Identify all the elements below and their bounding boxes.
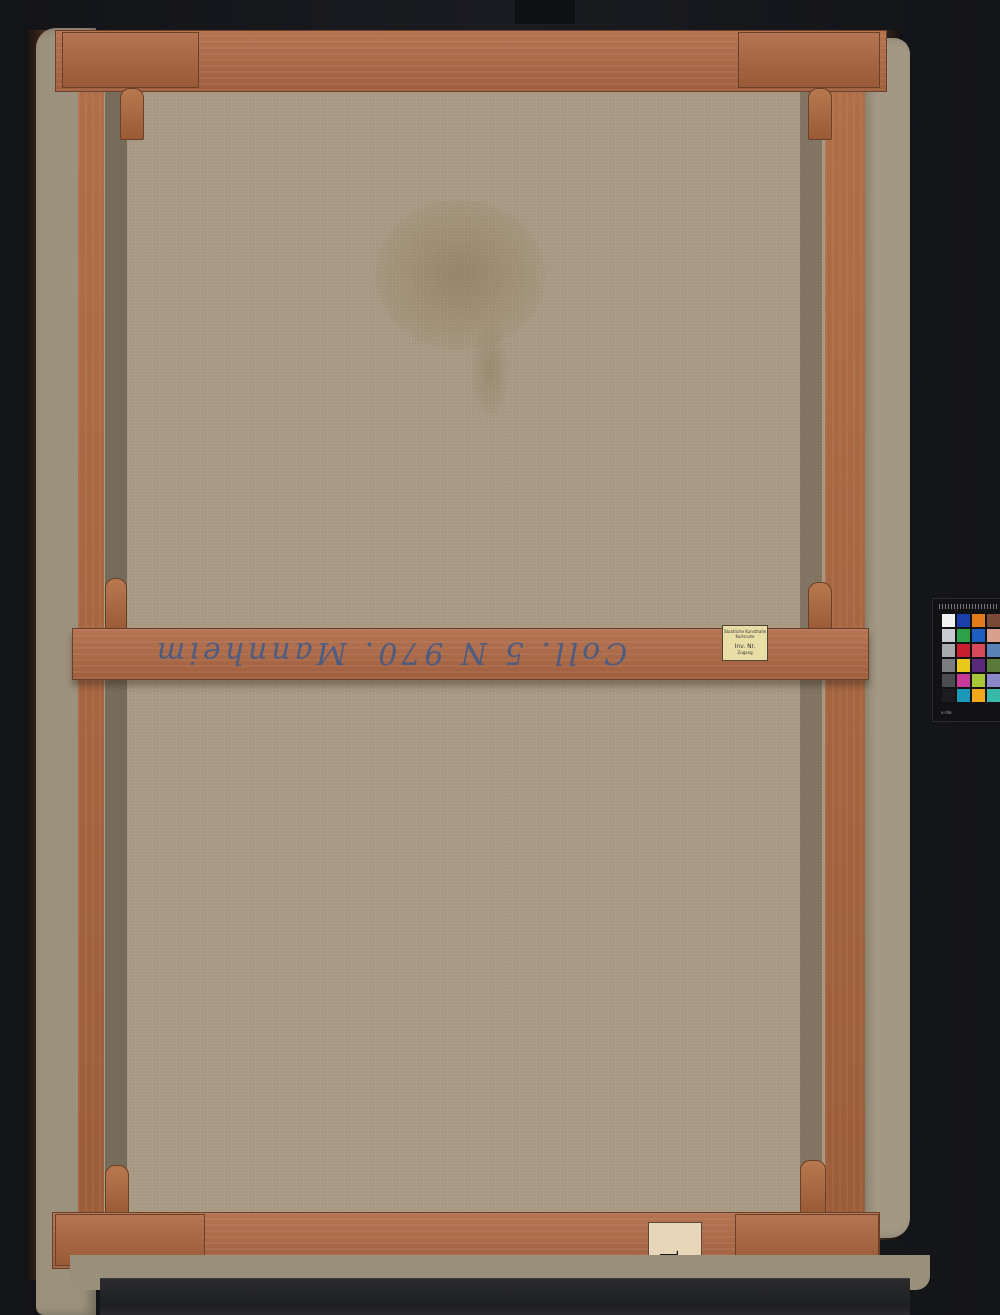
wedge-key [808,88,832,140]
easel-top-clamp [515,0,575,24]
color-swatch [942,644,955,657]
color-swatch [972,674,985,687]
wedge-key [105,1165,129,1215]
handwritten-inscription: Coll. 5 N 970. Mannheim [90,632,690,672]
water-stain-drip [470,320,510,420]
color-swatch [972,659,985,672]
color-swatch [972,644,985,657]
color-swatch-grid [942,614,1000,702]
corner-block-top-right [738,32,880,88]
color-swatch [942,629,955,642]
wedge-key [800,1160,826,1214]
color-swatch [957,659,970,672]
color-swatch [987,674,1000,687]
checker-brand: x-rite [941,710,952,715]
color-swatch [942,659,955,672]
inventory-label: Staatliche Kunsthalle Karlsruhe Inv. Nr.… [722,625,768,661]
corner-block-top-left [62,32,199,88]
checker-ruler [939,604,997,609]
color-swatch [957,614,970,627]
color-swatch [957,674,970,687]
wedge-key [808,582,832,632]
color-swatch [942,614,955,627]
color-swatch [987,659,1000,672]
color-swatch [957,644,970,657]
wedge-key [105,578,127,632]
canvas-tacking-margin-right [862,38,910,1238]
label-inv-number: Inv. Nr. [723,643,767,650]
label-line: Karlsruhe [723,634,767,639]
color-swatch [987,644,1000,657]
color-swatch [987,689,1000,702]
wedge-key [120,88,144,140]
easel-base [100,1278,910,1315]
color-swatch [957,629,970,642]
color-swatch [987,614,1000,627]
color-swatch [957,689,970,702]
color-swatch [972,614,985,627]
color-swatch [972,689,985,702]
water-stain [375,200,545,350]
color-swatch [942,689,955,702]
color-checker-card: x-rite [932,598,1000,722]
color-swatch [942,674,955,687]
color-swatch [987,629,1000,642]
color-swatch [972,629,985,642]
label-line: Zugang [723,650,767,655]
